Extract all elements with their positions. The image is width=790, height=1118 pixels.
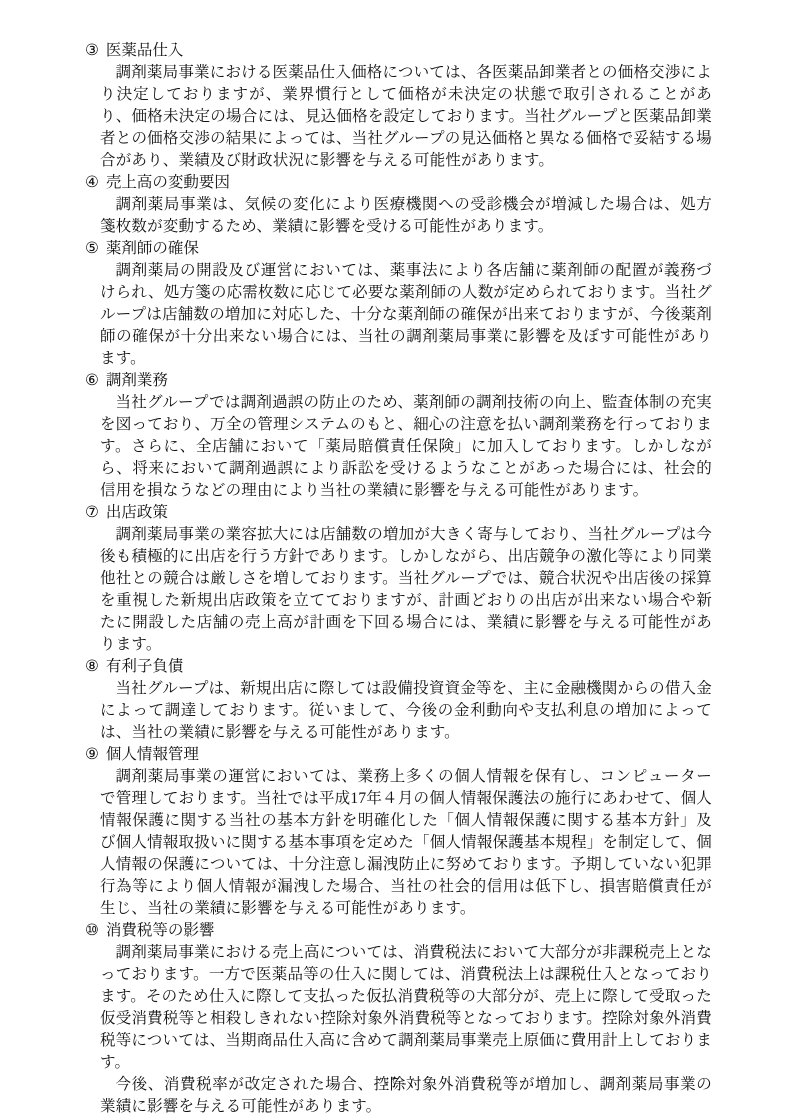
section-paragraph: 当社グループでは調剤過誤の防止のため、薬剤師の調剤技術の向上、監査体制の充実を図… xyxy=(100,392,712,502)
document-page: ③医薬品仕入 調剤薬局事業における医薬品仕入価格については、各医薬品卸業者との価… xyxy=(0,0,790,1118)
section-number: ⑦ xyxy=(85,502,99,524)
section-heading: ⑨個人情報管理 xyxy=(85,744,712,766)
section-body: 調剤薬局事業の運営においては、業務上多くの個人情報を保有し、コンピューターで管理… xyxy=(100,766,712,920)
section-paragraph: 調剤薬局事業の運営においては、業務上多くの個人情報を保有し、コンピューターで管理… xyxy=(100,766,712,920)
section-title: 個人情報管理 xyxy=(106,746,199,763)
section-title: 有利子負債 xyxy=(106,658,184,675)
section-body: 当社グループは、新規出店に際しては設備投資資金等を、主に金融機関からの借入金によ… xyxy=(100,678,712,744)
section-title: 消費税等の影響 xyxy=(106,922,215,939)
section-paragraph: 調剤薬局の開設及び運営においては、薬事法により各店舗に薬剤師の配置が義務づけられ… xyxy=(100,260,712,370)
section-heading: ⑦出店政策 xyxy=(85,502,712,524)
section-number: ⑩ xyxy=(85,920,99,942)
section-sales-fluctuation: ④売上高の変動要因 調剤薬局事業は、気候の変化により医療機関への受診機会が増減し… xyxy=(85,172,712,238)
section-body: 調剤薬局事業における医薬品仕入価格については、各医薬品卸業者との価格交渉により決… xyxy=(100,62,712,172)
section-personal-info-management: ⑨個人情報管理 調剤薬局事業の運営においては、業務上多くの個人情報を保有し、コン… xyxy=(85,744,712,920)
section-number: ⑤ xyxy=(85,238,99,260)
section-number: ⑧ xyxy=(85,656,99,678)
section-paragraph: 調剤薬局事業における売上高については、消費税法において大部分が非課税売上となって… xyxy=(100,942,712,1074)
section-number: ⑨ xyxy=(85,744,99,766)
section-body: 調剤薬局の開設及び運営においては、薬事法により各店舗に薬剤師の配置が義務づけられ… xyxy=(100,260,712,370)
section-interest-bearing-debt: ⑧有利子負債 当社グループは、新規出店に際しては設備投資資金等を、主に金融機関か… xyxy=(85,656,712,744)
section-heading: ⑩消費税等の影響 xyxy=(85,920,712,942)
section-body: 調剤薬局事業は、気候の変化により医療機関への受診機会が増減した場合は、処方箋枚数… xyxy=(100,194,712,238)
section-number: ④ xyxy=(85,172,99,194)
section-store-opening-policy: ⑦出店政策 調剤薬局事業の業容拡大には店舗数の増加が大きく寄与しており、当社グル… xyxy=(85,502,712,656)
section-paragraph: 調剤薬局事業の業容拡大には店舗数の増加が大きく寄与しており、当社グループは今後も… xyxy=(100,524,712,656)
section-number: ③ xyxy=(85,40,99,62)
section-body: 当社グループでは調剤過誤の防止のため、薬剤師の調剤技術の向上、監査体制の充実を図… xyxy=(100,392,712,502)
section-title: 薬剤師の確保 xyxy=(106,240,199,257)
section-medicine-purchase: ③医薬品仕入 調剤薬局事業における医薬品仕入価格については、各医薬品卸業者との価… xyxy=(85,40,712,172)
section-title: 出店政策 xyxy=(106,504,168,521)
section-title: 調剤業務 xyxy=(106,372,168,389)
section-paragraph: 調剤薬局事業における医薬品仕入価格については、各医薬品卸業者との価格交渉により決… xyxy=(100,62,712,172)
section-title: 売上高の変動要因 xyxy=(106,174,230,191)
section-heading: ⑧有利子負債 xyxy=(85,656,712,678)
section-heading: ⑥調剤業務 xyxy=(85,370,712,392)
section-heading: ⑤薬剤師の確保 xyxy=(85,238,712,260)
section-dispensing-operations: ⑥調剤業務 当社グループでは調剤過誤の防止のため、薬剤師の調剤技術の向上、監査体… xyxy=(85,370,712,502)
page-number: - 7 - xyxy=(0,1074,790,1092)
section-pharmacist-securing: ⑤薬剤師の確保 調剤薬局の開設及び運営においては、薬事法により各店舗に薬剤師の配… xyxy=(85,238,712,370)
section-title: 医薬品仕入 xyxy=(106,42,184,59)
section-heading: ③医薬品仕入 xyxy=(85,40,712,62)
section-paragraph: 当社グループは、新規出店に際しては設備投資資金等を、主に金融機関からの借入金によ… xyxy=(100,678,712,744)
section-paragraph: 調剤薬局事業は、気候の変化により医療機関への受診機会が増減した場合は、処方箋枚数… xyxy=(100,194,712,238)
section-body: 調剤薬局事業の業容拡大には店舗数の増加が大きく寄与しており、当社グループは今後も… xyxy=(100,524,712,656)
section-heading: ④売上高の変動要因 xyxy=(85,172,712,194)
document-content: ③医薬品仕入 調剤薬局事業における医薬品仕入価格については、各医薬品卸業者との価… xyxy=(85,40,712,1118)
section-number: ⑥ xyxy=(85,370,99,392)
